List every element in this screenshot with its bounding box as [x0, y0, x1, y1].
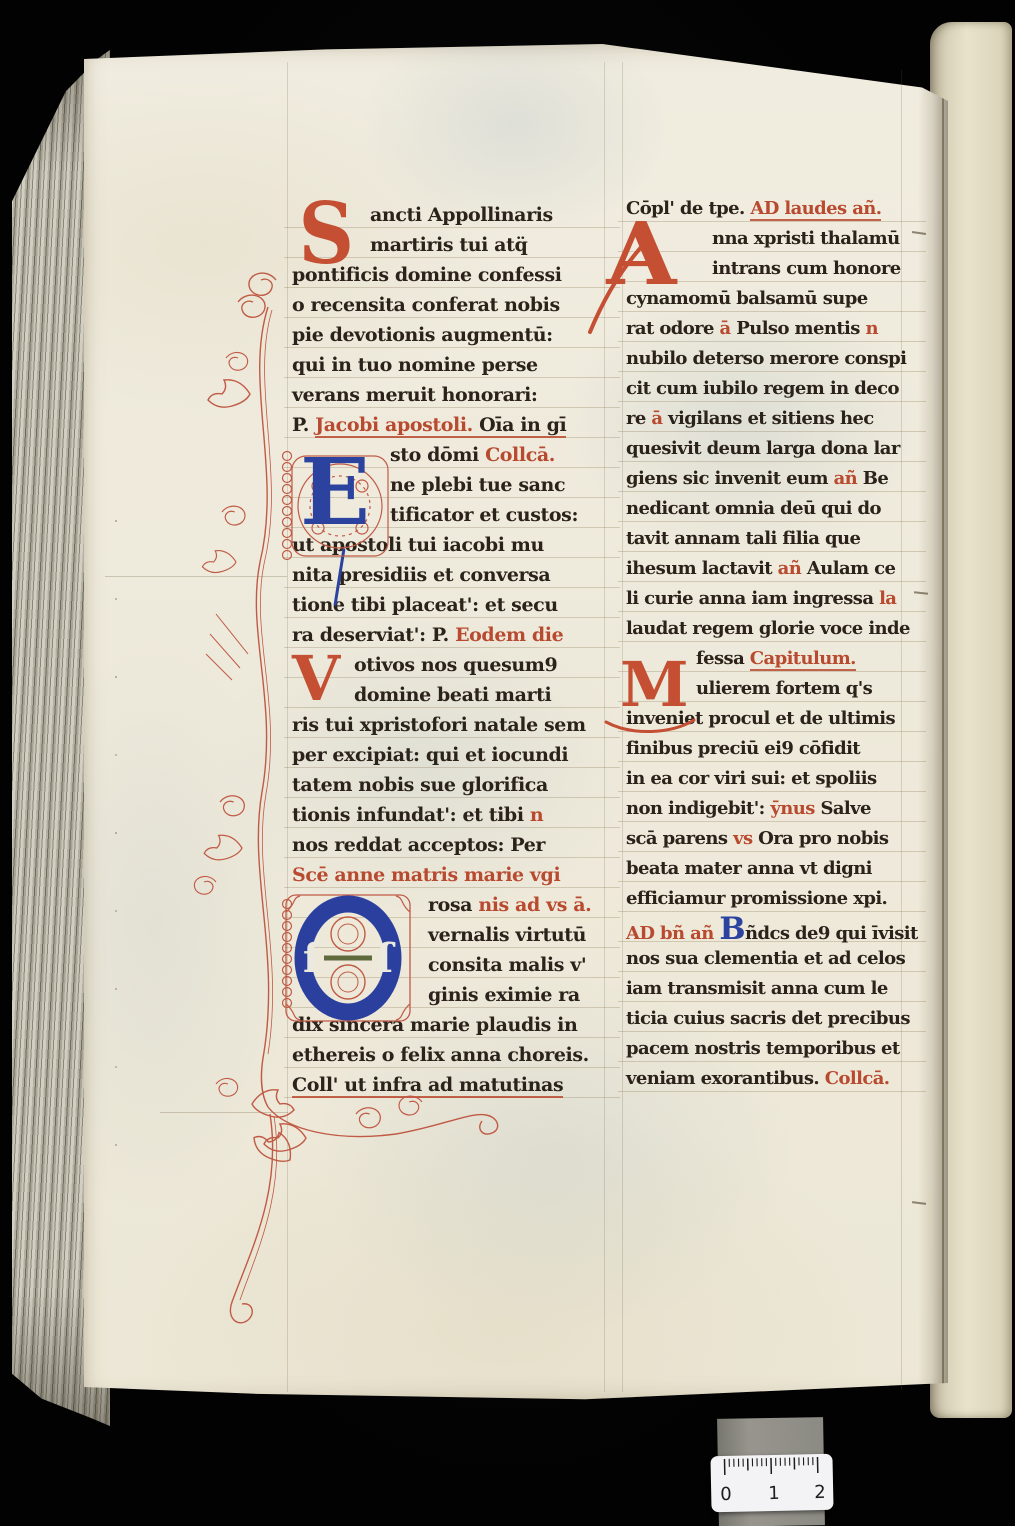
text-segment: ȳnus	[770, 798, 820, 819]
initial-S: S	[298, 192, 354, 276]
text-segment: pie devotionis augmentū:	[292, 324, 553, 346]
text-segment: ne plebi tue sanc	[390, 474, 565, 496]
text-segment: giens sic invenit eum	[626, 468, 834, 489]
text-segment: ā	[651, 408, 668, 429]
text-segment: domine beati marti	[354, 684, 551, 706]
initial-E: E	[300, 446, 370, 538]
text-segment: Ora pro nobis	[758, 828, 888, 849]
text-segment: intrans cum honore	[712, 258, 901, 279]
initial-letter: A	[606, 204, 676, 305]
text-segment: finibus preciū ei9 cōfidit	[626, 738, 860, 759]
text-segment: añ	[778, 558, 807, 579]
text-line: laudat regem glorie voce inde	[626, 614, 912, 644]
text-line: Coll' ut infra ad matutinas	[292, 1070, 606, 1100]
svg-text:ſ: ſ	[376, 935, 396, 982]
text-line: efficiamur promissione xpi.	[626, 884, 912, 914]
text-segment: Scē anne matris marie vgi	[292, 864, 560, 886]
text-line: non indigebit': ȳnus Salve	[626, 794, 912, 824]
text-segment: iam transmisit anna cum le	[626, 978, 888, 999]
text-segment: pacem nostris temporibus et	[626, 1038, 900, 1059]
text-segment: ulierem fortem q's	[696, 678, 872, 699]
text-line: beata mater anna vt digni	[626, 854, 912, 884]
text-line: tione tibi placeat': et secu	[292, 590, 606, 620]
text-segment: verans meruit honorari:	[292, 384, 538, 406]
text-segment: Collcā.	[485, 444, 555, 466]
initial-V: V	[292, 648, 340, 710]
initial-letter: V	[292, 642, 340, 715]
initial-O: ſ ſ	[284, 892, 414, 1024]
text-segment: AD bñ añ	[626, 923, 719, 944]
text-segment: per excipiat: qui et iocundi	[292, 744, 568, 766]
text-segment: Pulso mentis	[736, 318, 865, 339]
text-segment: qui in tuo nomine perse	[292, 354, 538, 376]
text-segment: Salve	[820, 798, 870, 819]
ruler-scale: 0 1 2	[710, 1454, 833, 1513]
text-segment: Coll' ut infra ad matutinas	[292, 1074, 563, 1098]
text-segment: añ	[834, 468, 863, 489]
text-segment: ā	[720, 318, 737, 339]
text-line: re ā vigilans et sitiens hec	[626, 404, 912, 434]
text-segment: Be	[863, 468, 888, 489]
ruler-label-1: 1	[768, 1483, 780, 1504]
text-line: Scē anne matris marie vgi	[292, 860, 606, 890]
text-segment: fessa	[696, 648, 750, 669]
text-segment: o recensita conferat nobis	[292, 294, 560, 316]
text-segment: quesivit deum larga dona lar	[626, 438, 900, 459]
text-segment: martiris tui atq̈	[370, 234, 527, 256]
text-segment: li curie anna iam ingressa	[626, 588, 879, 609]
text-segment: sto dōmi	[390, 444, 485, 466]
text-segment: P.	[292, 414, 315, 436]
text-segment: veniam exorantibus.	[626, 1068, 825, 1089]
text-line: per excipiat: qui et iocundi	[292, 740, 606, 770]
initial-letter: S	[298, 184, 354, 283]
text-line: AD bñ añ Bñdcs de9 qui īvisit	[626, 914, 912, 944]
text-line: rat odore ā Pulso mentis n	[626, 314, 912, 344]
gutter-crease	[942, 71, 944, 1388]
text-segment: tificator et custos:	[390, 504, 578, 526]
text-line: ihesum lactavit añ Aulam ce	[626, 554, 912, 584]
ruler-ticks	[710, 1454, 833, 1485]
text-segment: rosa	[428, 894, 478, 916]
text-line: pacem nostris temporibus et	[626, 1034, 912, 1064]
text-segment: n	[530, 804, 543, 826]
text-segment: ihesum lactavit	[626, 558, 778, 579]
text-segment: ancti Appollinaris	[370, 204, 553, 226]
text-segment: ethereis o felix anna choreis.	[292, 1044, 589, 1066]
text-segment: ñdcs de9 qui īvisit	[745, 923, 918, 944]
text-line: li curie anna iam ingressa la	[626, 584, 912, 614]
text-segment: consita malis v'	[428, 954, 586, 976]
text-segment: la	[879, 588, 896, 609]
text-line: nos reddat acceptos: Per	[292, 830, 606, 860]
text-line: tavit annam tali filia que	[626, 524, 912, 554]
text-line: nubilo deterso merore conspi	[626, 344, 912, 374]
text-segment: nedicant omnia deū qui do	[626, 498, 881, 519]
text-line: verans meruit honorari:	[292, 380, 606, 410]
svg-text:ſ: ſ	[303, 935, 323, 982]
text-segment: vernalis virtutū	[428, 924, 586, 946]
prick-marks	[115, 520, 117, 522]
text-segment: nita presidiis et conversa	[292, 564, 550, 586]
text-segment: tatem nobis sue glorifica	[292, 774, 548, 796]
text-segment: nos sua clementia et ad celos	[626, 948, 905, 969]
text-segment: beata mater anna vt digni	[626, 858, 872, 879]
text-segment: nna xpristi thalamū	[712, 228, 900, 249]
text-segment: Eodem die	[455, 624, 563, 646]
text-line: giens sic invenit eum añ Be	[626, 464, 912, 494]
text-segment: Collcā.	[825, 1068, 890, 1089]
text-segment: nubilo deterso merore conspi	[626, 348, 906, 369]
text-line: ticia cuius sacris det precibus	[626, 1004, 912, 1034]
text-segment: Capitulum.	[750, 648, 856, 671]
text-segment: in ea cor viri sui: et spoliis	[626, 768, 877, 789]
text-line: ethereis o felix anna choreis.	[292, 1040, 606, 1070]
text-line: tionis infundat': et tibi n	[292, 800, 606, 830]
text-segment: Aulam ce	[807, 558, 895, 579]
text-segment: ticia cuius sacris det precibus	[626, 1008, 910, 1029]
text-segment: nos reddat acceptos: Per	[292, 834, 545, 856]
text-segment: non indigebit':	[626, 798, 770, 819]
text-line: tatem nobis sue glorifica	[292, 770, 606, 800]
initial-letter: E	[300, 438, 370, 546]
book-photo: ancti Appollinarismartiris tui atq̈ponti…	[0, 0, 1015, 1526]
text-line: nedicant omnia deū qui do	[626, 494, 912, 524]
text-line: scā parens vs Ora pro nobis	[626, 824, 912, 854]
text-segment: tione tibi placeat': et secu	[292, 594, 558, 616]
text-segment: nis ad vs ā.	[478, 894, 591, 916]
text-line: P. Jacobi apostoli. Oīa in gī	[292, 410, 606, 440]
text-segment: Jacobi apostoli.	[315, 414, 479, 438]
text-segment: efficiamur promissione xpi.	[626, 888, 887, 909]
text-segment: laudat regem glorie voce inde	[626, 618, 910, 639]
text-segment: AD laudes añ.	[750, 198, 881, 221]
text-segment: re	[626, 408, 651, 429]
ruler-label-2: 2	[814, 1482, 826, 1503]
initial-A: A	[606, 212, 676, 298]
text-line: cit cum iubilo regem in deco	[626, 374, 912, 404]
text-segment: tavit annam tali filia que	[626, 528, 860, 549]
ruler-label-0: 0	[720, 1484, 732, 1505]
initial-letter: M	[620, 648, 689, 721]
ruling-line	[160, 1112, 288, 1113]
text-segment: scā parens	[626, 828, 733, 849]
text-segment: ris tui xpristofori natale sem	[292, 714, 586, 736]
text-line: nos sua clementia et ad celos	[626, 944, 912, 974]
text-line: finibus preciū ei9 cōfidit	[626, 734, 912, 764]
text-line: in ea cor viri sui: et spoliis	[626, 764, 912, 794]
text-line: o recensita conferat nobis	[292, 290, 606, 320]
ruling-line	[105, 576, 287, 577]
text-segment: ginis eximie ra	[428, 984, 580, 1006]
text-segment: Oīa in gī	[479, 414, 566, 438]
text-segment: otivos nos quesum9	[354, 654, 557, 676]
initial-M: M	[620, 654, 689, 716]
text-segment: tionis infundat': et tibi	[292, 804, 530, 826]
right-text-column: Cōpl' de tpe. AD laudes añ.nna xpristi t…	[626, 194, 912, 1094]
text-segment: vs	[733, 828, 758, 849]
text-line: qui in tuo nomine perse	[292, 350, 606, 380]
text-segment: n	[865, 318, 878, 339]
text-line: quesivit deum larga dona lar	[626, 434, 912, 464]
text-segment: B	[719, 911, 745, 947]
text-segment: cit cum iubilo regem in deco	[626, 378, 899, 399]
text-line: pie devotionis augmentū:	[292, 320, 606, 350]
text-line: iam transmisit anna cum le	[626, 974, 912, 1004]
text-segment: vigilans et sitiens hec	[668, 408, 874, 429]
text-line: veniam exorantibus. Collcā.	[626, 1064, 912, 1094]
